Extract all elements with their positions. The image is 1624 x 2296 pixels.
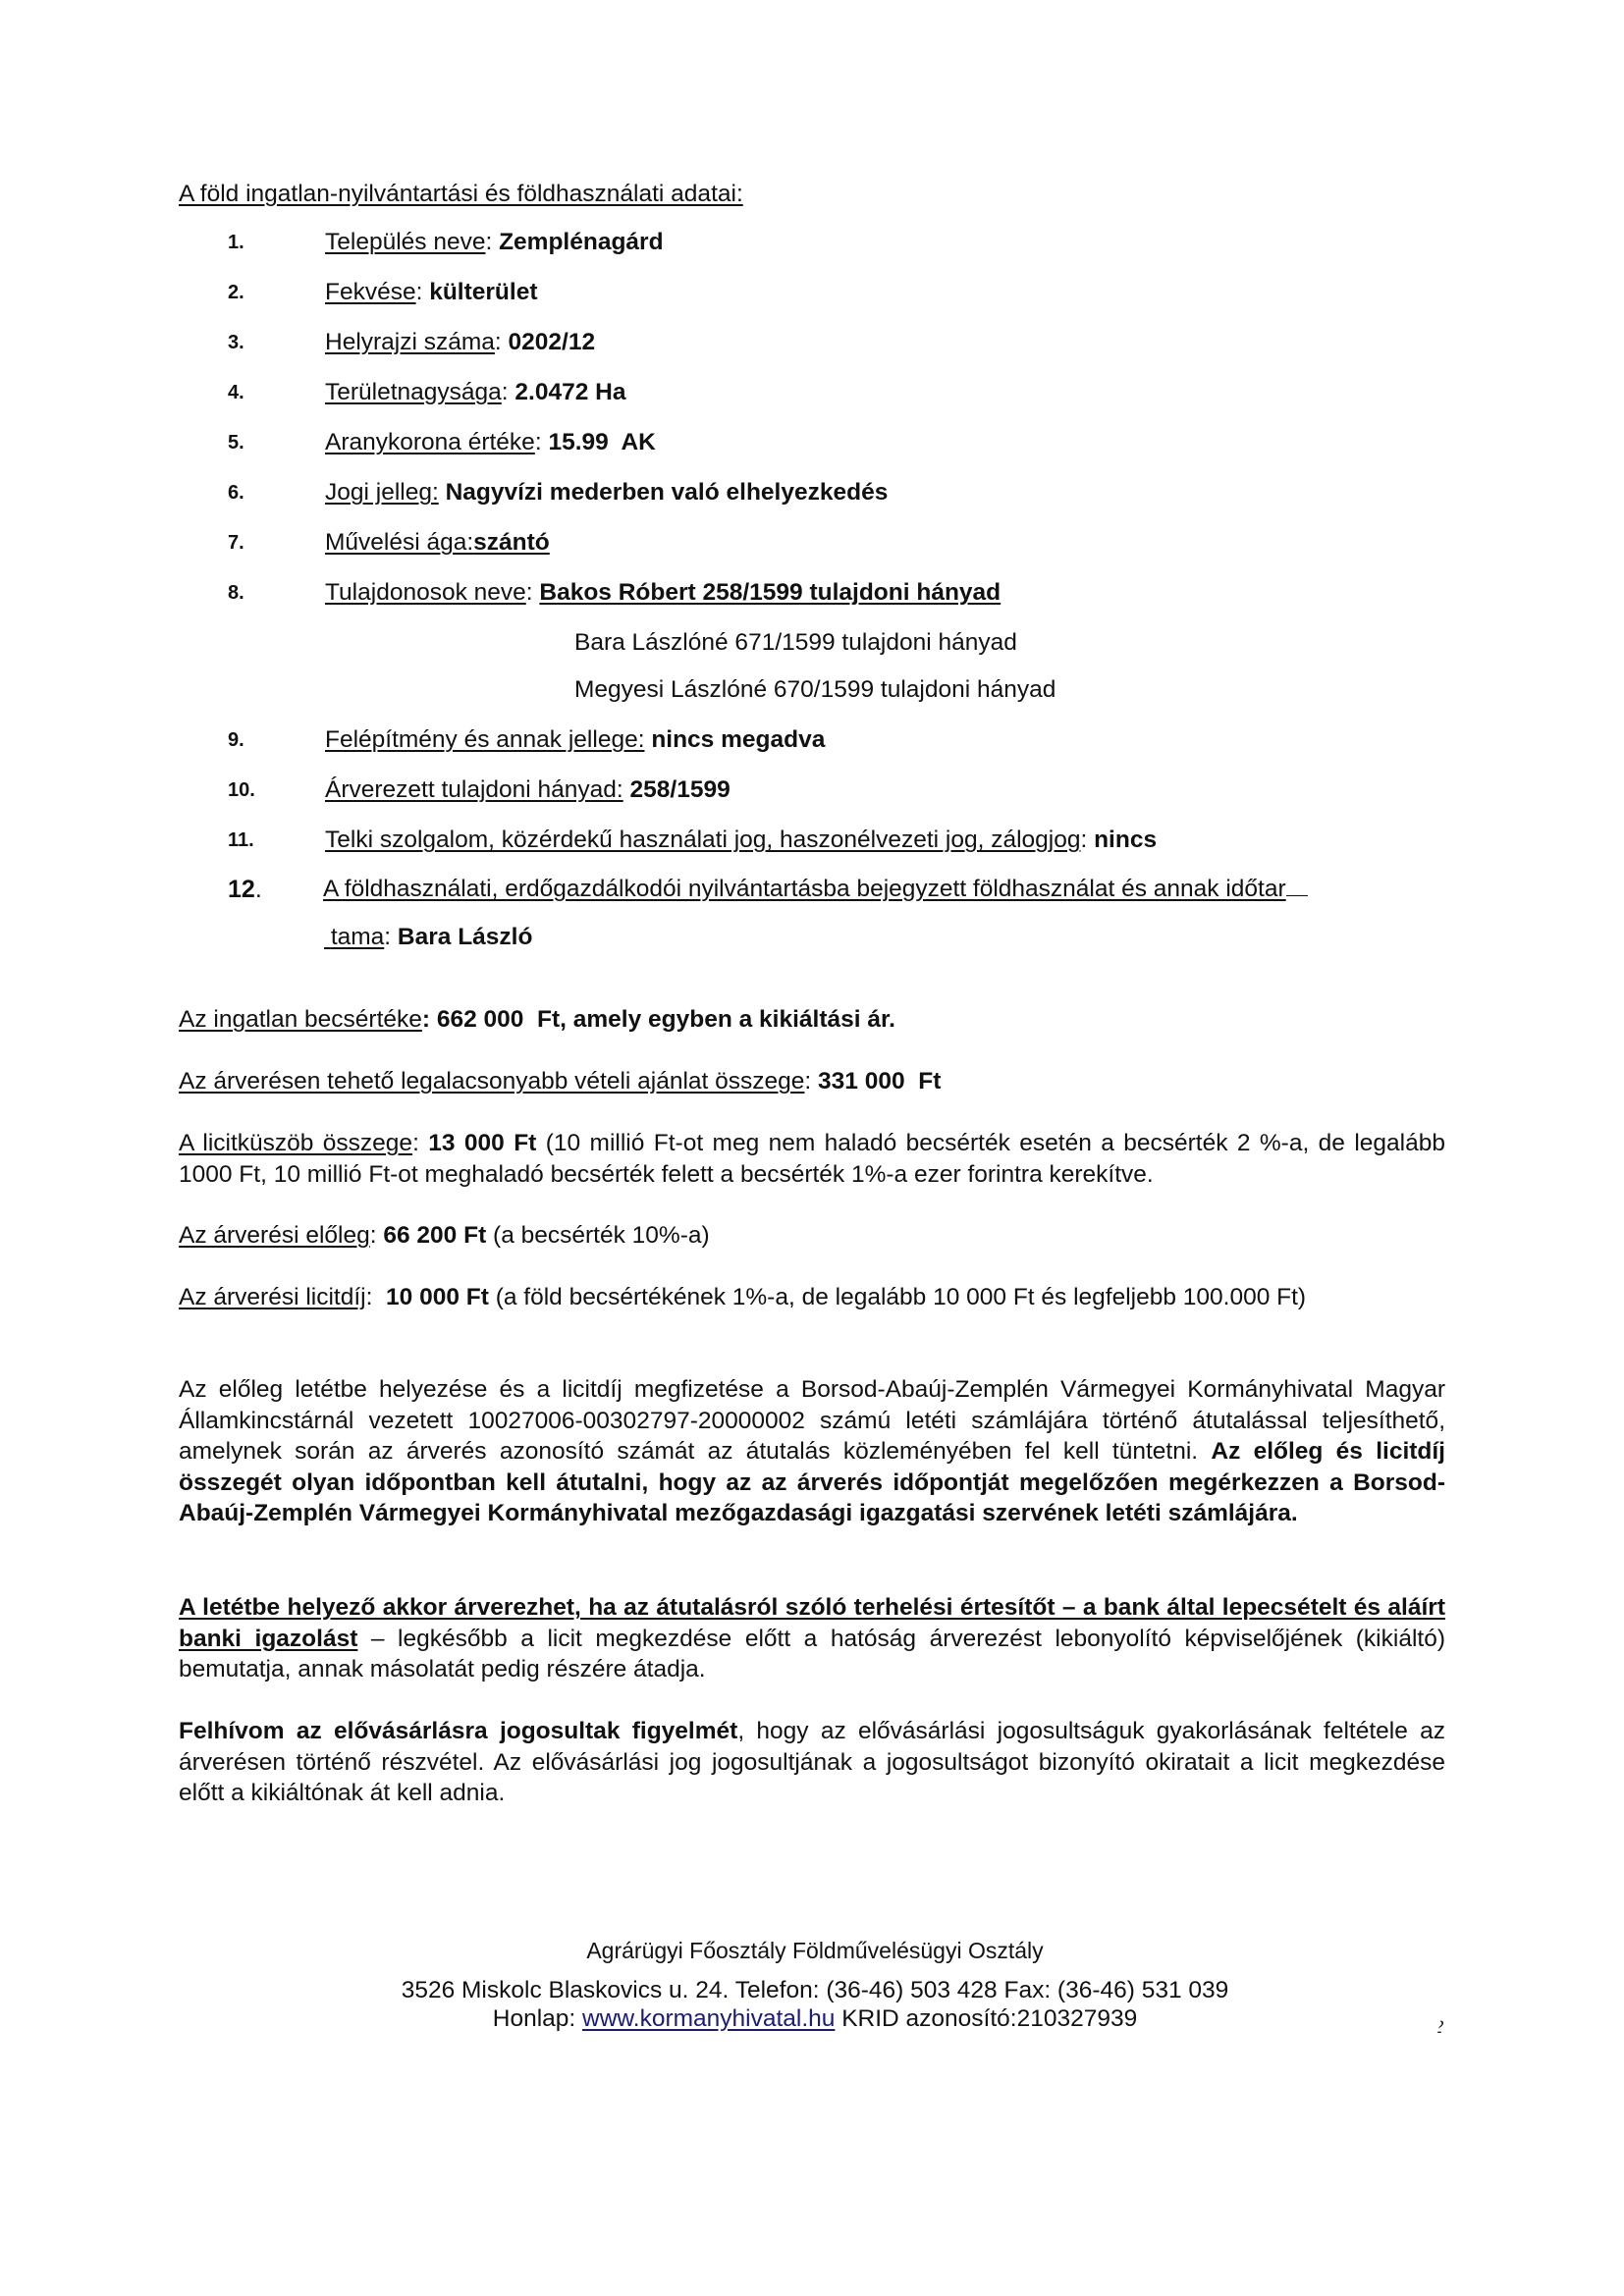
payment-paragraph: Az előleg letétbe helyezése és a licitdí… <box>179 1374 1445 1529</box>
bid-fee-value: 10 000 Ft <box>386 1284 489 1310</box>
item-label: Árverezett tulajdoni hányad: <box>325 776 623 803</box>
item-number: 5. <box>228 428 244 457</box>
deposit-note: (a becsérték 10%-a) <box>486 1222 709 1249</box>
min-bid-value: 331 000 Ft <box>818 1068 941 1095</box>
website-label: Honlap: <box>493 2005 582 2032</box>
website-link[interactable]: www.kormanyhivatal.hu <box>582 2005 835 2032</box>
valuation-label: Az ingatlan becsértéke <box>179 1006 422 1033</box>
bid-fee-note: (a föld becsértékének 1%-a, de legalább … <box>489 1284 1306 1310</box>
bidder-text: – legkésőbb a licit megkezdése előtt a h… <box>179 1626 1445 1683</box>
item-label: Fekvése <box>325 279 416 305</box>
underline-fill <box>1286 876 1308 896</box>
bid-fee-label: Az árverési licitdíj <box>179 1284 366 1310</box>
document-page: A föld ingatlan-nyilvántartási és földha… <box>0 0 1624 2296</box>
bid-step-value: 13 000 Ft <box>428 1130 536 1156</box>
item-value: nincs megadva <box>651 726 825 753</box>
item-value: Bara László <box>398 924 533 950</box>
bid-step-paragraph: A licitküszöb összege: 13 000 Ft (10 mil… <box>179 1128 1445 1190</box>
deposit-value: 66 200 Ft <box>383 1222 486 1249</box>
item-value: 0202/12 <box>509 329 596 355</box>
item-number: 10. <box>228 775 255 805</box>
item-number: 3. <box>228 328 244 357</box>
item-number: 2. <box>228 278 244 307</box>
item-label: Művelési ága: <box>325 529 473 556</box>
item-label: Jogi jelleg: <box>325 479 439 506</box>
bidder-paragraph: A letétbe helyező akkor árverezhet, ha a… <box>179 1592 1445 1685</box>
page-number: 2 <box>1431 2017 1446 2038</box>
item-number: 4. <box>228 378 244 407</box>
additional-owner: Megyesi Lászlóné 670/1599 tulajdoni hány… <box>574 675 1056 705</box>
item-label: Helyrajzi száma <box>325 329 495 355</box>
footer-department: Agrárügyi Főosztály Földművelésügyi Oszt… <box>295 1936 1335 1965</box>
preemption-bold-text: Felhívom az elővásárlásra jogosultak fig… <box>179 1718 737 1744</box>
item-number: 11. <box>228 826 254 855</box>
item-label: Aranykorona értéke <box>325 429 535 455</box>
item-number: 7. <box>228 528 244 558</box>
item-number: 1. <box>228 228 244 257</box>
item-number: 9. <box>228 725 244 755</box>
item-value: szántó <box>473 529 550 556</box>
item-value: Zemplénagárd <box>499 229 663 255</box>
item-value: Nagyvízi mederben való elhelyezkedés <box>446 479 889 506</box>
min-bid-paragraph: Az árverésen tehető legalacsonyabb vétel… <box>179 1066 1445 1097</box>
item-value: 15.99 AK <box>548 429 655 455</box>
list-item-continuation: tama: Bara László <box>324 923 532 952</box>
footer-address: 3526 Miskolc Blaskovics u. 24. Telefon: … <box>295 1976 1335 2005</box>
item-label: Felépítmény és annak jellege: <box>325 726 645 753</box>
item-value: külterület <box>429 279 537 305</box>
item-label: Tulajdonosok neve <box>325 579 526 606</box>
preemption-paragraph: Felhívom az elővásárlásra jogosultak fig… <box>179 1716 1445 1809</box>
item-label: Területnagysága <box>325 379 502 405</box>
footer-contact: Honlap: www.kormanyhivatal.hu KRID azono… <box>295 2004 1335 2034</box>
item-label-continuation: tama <box>331 924 384 950</box>
valuation-value: : 662 000 Ft, amely egyben a kikiáltási … <box>422 1006 895 1033</box>
min-bid-label: Az árverésen tehető legalacsonyabb vétel… <box>179 1068 804 1095</box>
item-value: 258/1599 <box>630 776 731 803</box>
item-number: 6. <box>228 478 244 507</box>
item-label: Telki szolgalom, közérdekű használati jo… <box>325 827 1080 853</box>
item-number: 8. <box>228 578 244 608</box>
krid-id: KRID azonosító:210327939 <box>835 2005 1137 2032</box>
bid-fee-paragraph: Az árverési licitdíj: 10 000 Ft (a föld … <box>179 1282 1445 1313</box>
item-label: A földhasználati, erdőgazdálkodói nyilvá… <box>323 876 1286 902</box>
item-value: 2.0472 Ha <box>514 379 625 405</box>
item-value: nincs <box>1094 827 1157 853</box>
valuation-paragraph: Az ingatlan becsértéke: 662 000 Ft, amel… <box>179 1004 1445 1036</box>
bid-step-label: A licitküszöb összege <box>179 1130 412 1156</box>
section-heading: A föld ingatlan-nyilvántartási és földha… <box>179 180 743 209</box>
item-value: Bakos Róbert 258/1599 tulajdoni hányad <box>539 579 1001 606</box>
deposit-paragraph: Az árverési előleg: 66 200 Ft (a becsért… <box>179 1220 1445 1252</box>
additional-owner: Bara Lászlóné 671/1599 tulajdoni hányad <box>574 628 1017 658</box>
item-label: Település neve <box>325 229 485 255</box>
deposit-label: Az árverési előleg <box>179 1222 370 1249</box>
item-number: 12. <box>228 875 262 904</box>
